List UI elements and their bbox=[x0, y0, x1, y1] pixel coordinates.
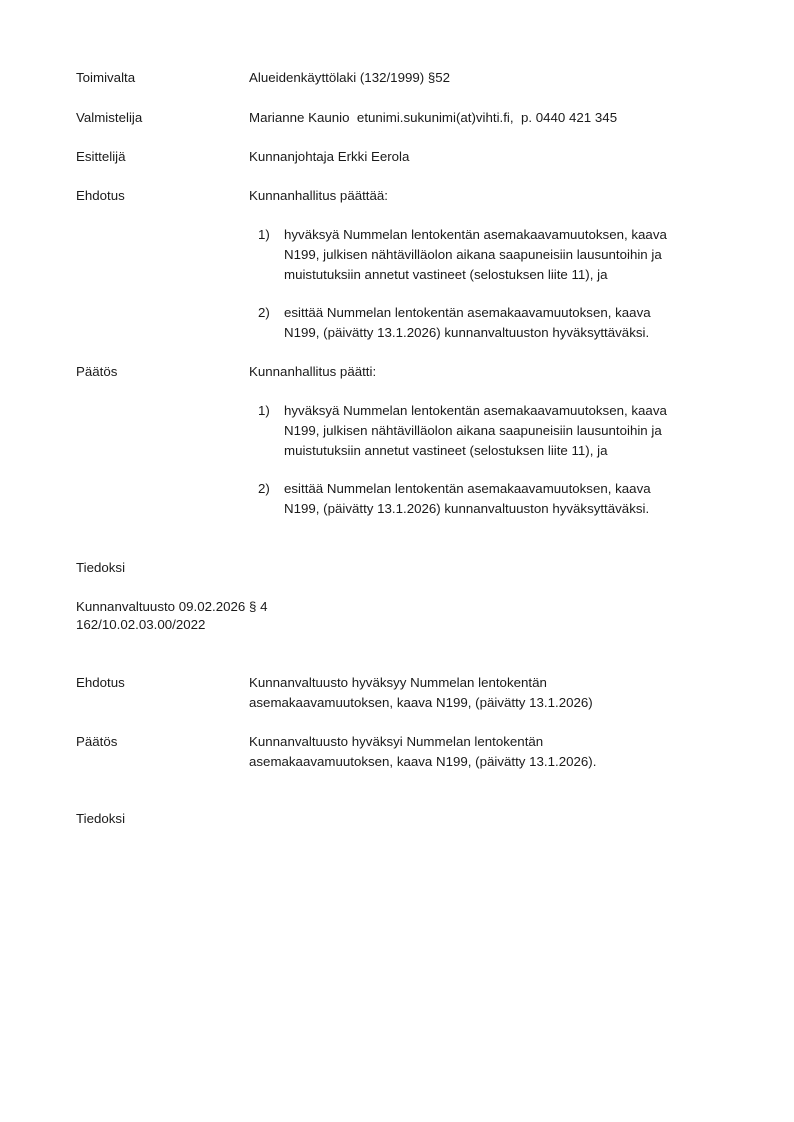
kv-header-line1: Kunnanvaltuusto 09.02.2026 § 4 bbox=[76, 597, 268, 617]
kh-ehdotus-item-1-line: hyväksyä Nummelan lentokentän asemakaava… bbox=[284, 225, 667, 245]
value-valmistelija: Marianne Kaunio etunimi.sukunimi(at)viht… bbox=[249, 108, 617, 128]
kh-ehdotus-item-2-line: esittää Nummelan lentokentän asemakaavam… bbox=[284, 303, 651, 323]
kv-paatos-line: Kunnanvaltuusto hyväksyi Nummelan lentok… bbox=[249, 732, 543, 752]
label-esittelija: Esittelijä bbox=[76, 147, 126, 167]
label-valmistelija: Valmistelija bbox=[76, 108, 142, 128]
kv-header-diary-number: 162/10.02.03.00/2022 bbox=[76, 615, 205, 635]
kh-ehdotus-intro: Kunnanhallitus päättää: bbox=[249, 186, 388, 206]
kh-paatos-item-1-line: N199, julkisen nähtävilläolon aikana saa… bbox=[284, 421, 662, 441]
kh-paatos-item-2-line: N199, (päivätty 13.1.2026) kunnanvaltuus… bbox=[284, 499, 649, 519]
kh-paatos-item-1-line: muistutuksiin annetut vastineet (selostu… bbox=[284, 441, 607, 461]
kh-paatos-item-1-num: 1) bbox=[258, 401, 270, 421]
kh-ehdotus-item-1-line: N199, julkisen nähtävilläolon aikana saa… bbox=[284, 245, 662, 265]
kh-paatos-intro: Kunnanhallitus päätti: bbox=[249, 362, 376, 382]
kh-paatos-item-2-num: 2) bbox=[258, 479, 270, 499]
label-toimivalta: Toimivalta bbox=[76, 68, 135, 88]
value-toimivalta: Alueidenkäyttölaki (132/1999) §52 bbox=[249, 68, 450, 88]
value-esittelija: Kunnanjohtaja Erkki Eerola bbox=[249, 147, 409, 167]
label-kv-paatos: Päätös bbox=[76, 732, 117, 752]
tiedoksi-heading: Tiedoksi bbox=[76, 558, 125, 578]
kv-ehdotus-line: asemakaavamuutoksen, kaava N199, (päivät… bbox=[249, 693, 593, 713]
kh-ehdotus-item-2-line: N199, (päivätty 13.1.2026) kunnanvaltuus… bbox=[284, 323, 649, 343]
kv-ehdotus-line: Kunnanvaltuusto hyväksyy Nummelan lentok… bbox=[249, 673, 547, 693]
tiedoksi-heading: Tiedoksi bbox=[76, 809, 125, 829]
label-kv-ehdotus: Ehdotus bbox=[76, 673, 125, 693]
kh-ehdotus-item-1-num: 1) bbox=[258, 225, 270, 245]
kv-paatos-line: asemakaavamuutoksen, kaava N199, (päivät… bbox=[249, 752, 596, 772]
kh-paatos-item-2-line: esittää Nummelan lentokentän asemakaavam… bbox=[284, 479, 651, 499]
kh-paatos-item-1-line: hyväksyä Nummelan lentokentän asemakaava… bbox=[284, 401, 667, 421]
kh-ehdotus-item-2-num: 2) bbox=[258, 303, 270, 323]
label-kh-ehdotus: Ehdotus bbox=[76, 186, 125, 206]
kh-ehdotus-item-1-line: muistutuksiin annetut vastineet (selostu… bbox=[284, 265, 607, 285]
label-kh-paatos: Päätös bbox=[76, 362, 117, 382]
